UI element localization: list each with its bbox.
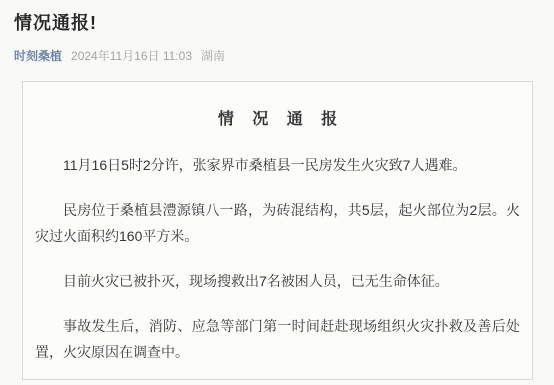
notice-paragraph-4: 事故发生后，消防、应急等部门第一时间赶赴现场组织火灾扑救及善后处置，火灾原因在调… bbox=[35, 313, 520, 365]
notice-body: 11月16日5时2分许，张家界市桑植县一民房发生火灾致7人遇难。 民房位于桑植县… bbox=[35, 152, 520, 365]
notice-paragraph-1: 11月16日5时2分许，张家界市桑植县一民房发生火灾致7人遇难。 bbox=[35, 152, 520, 178]
notice-paragraph-2: 民房位于桑植县澧源镇八一路，为砖混结构，共5层，起火部位为2层。火灾过火面积约1… bbox=[35, 197, 520, 249]
notice-title: 情 况 通 报 bbox=[35, 106, 520, 129]
post-region: 湖南 bbox=[201, 47, 225, 64]
post-meta: 时刻桑植 2024年11月16日 11:03 湖南 bbox=[0, 35, 554, 64]
page-title: 情况通报! bbox=[0, 0, 554, 35]
notice-card: 情 况 通 报 11月16日5时2分许，张家界市桑植县一民房发生火灾致7人遇难。… bbox=[22, 81, 533, 380]
notice-paragraph-3: 目前火灾已被扑灭，现场搜救出7名被困人员，已无生命体征。 bbox=[35, 268, 520, 294]
post-date: 2024年11月16日 11:03 bbox=[71, 47, 192, 64]
source-link[interactable]: 时刻桑植 bbox=[14, 47, 62, 64]
